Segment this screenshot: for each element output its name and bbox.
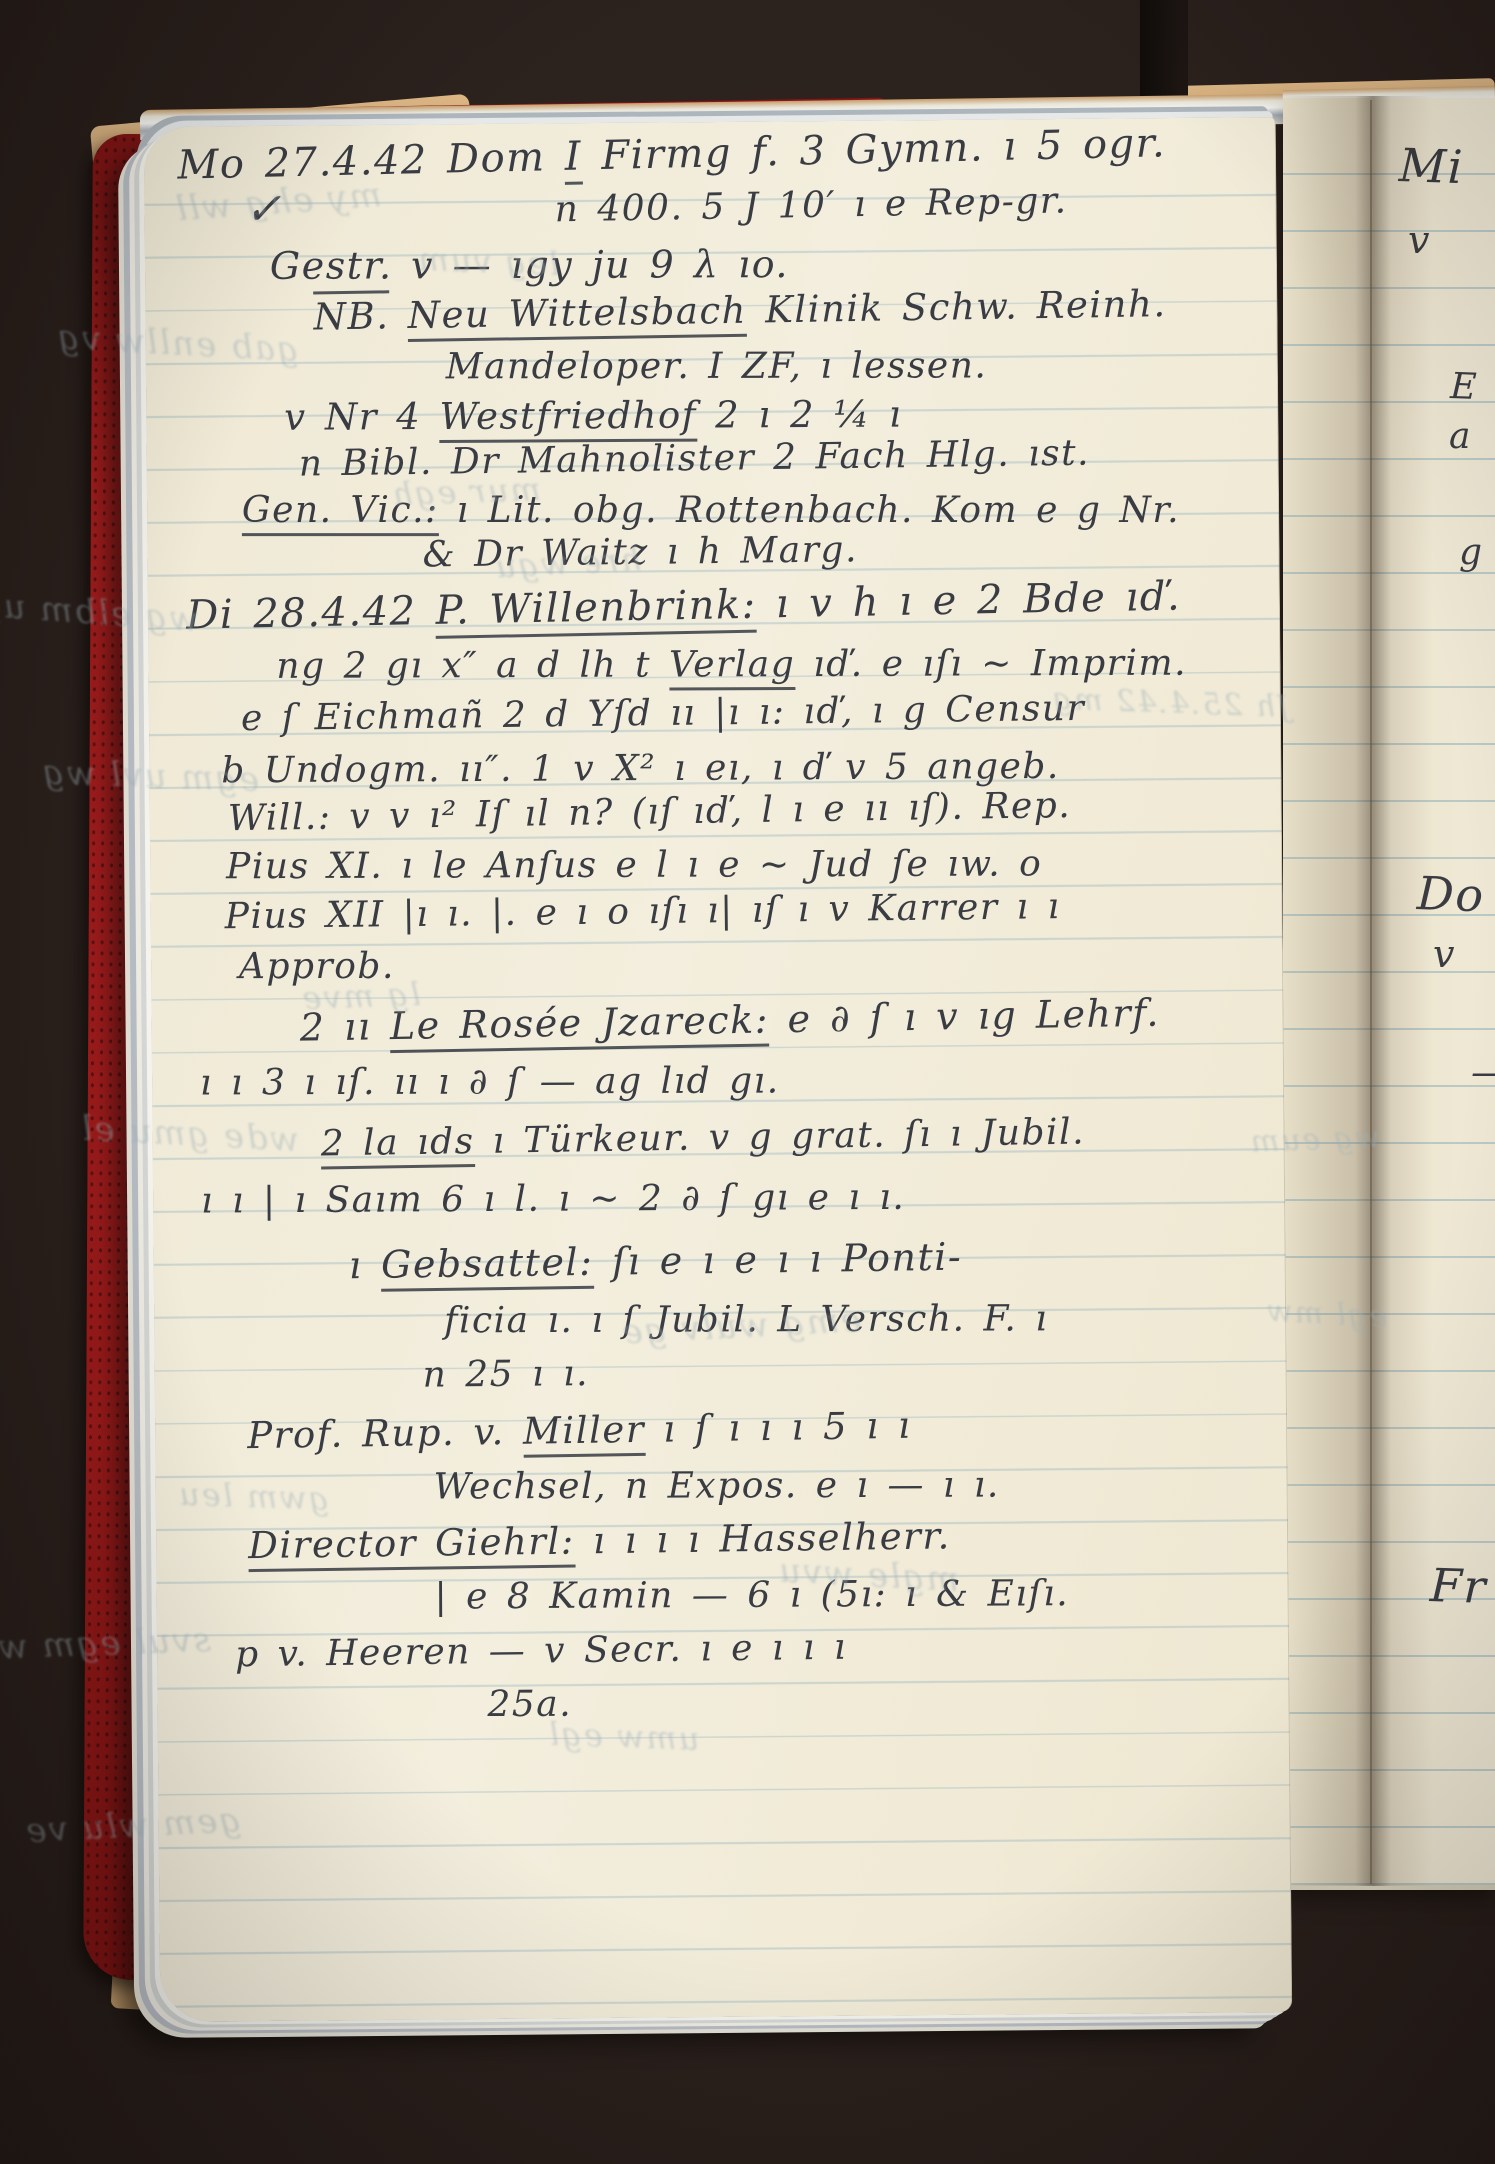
handwritten-line: v Nr 4 Westfriedhof 2 ı 2 ¼ ı: [284, 393, 902, 439]
handwritten-fragment: a: [1449, 416, 1472, 457]
handwritten-line: NB. Neu Wittelsbach Klinik Schw. Reinh.: [313, 282, 1167, 338]
handwritten-line: p v. Heeren — v Secr. ı e ı ı ı: [235, 1627, 847, 1675]
handwritten-line: ı ı 3 ı ıſ. ıı ı ∂ ſ — ag lıd gı.: [200, 1060, 780, 1103]
handwritten-line: ı Gebsattel: ſı e ı e ı ı Ponti-: [349, 1235, 963, 1288]
handwritten-line: Approb.: [239, 946, 395, 987]
handwritten-line: Pius XII |ı ı. |. e ı o ıſı ı| ıſ ı v Ka…: [224, 886, 1060, 937]
handwritten-fragment: v: [1433, 932, 1456, 976]
handwritten-line: n Bibl. Dr Mahnolister 2 Fach Hlg. ıst.: [299, 433, 1091, 485]
notebook-photo: MivEagDov—Fr Mo 27.4.42 Dom I Firmg f. 3…: [0, 0, 1495, 2164]
left-page: Mo 27.4.42 Dom I Firmg f. 3 Gymn. ı 5 og…: [144, 117, 1292, 2022]
handwritten-line: ı ı | ı Saım 6 ı l. ı ~ 2 ∂ ſ gı e ı ı.: [201, 1177, 905, 1222]
handwritten-line: b Undogm. ıı″. 1 v X² ı eı, ı ď v 5 ange…: [221, 746, 1060, 791]
handwritten-line: ng 2 gı x″ a d lh t Verlag ıď. e ıſı ~ I…: [276, 643, 1187, 687]
handwritten-line: e ſ Eichmañ 2 d Yſd ıı |ı ı: ıď, ı g Cen…: [241, 688, 1086, 739]
book-spine-strip: [1140, 0, 1188, 102]
handwritten-line: 2 ıı Le Rosée Jzareck: e ∂ ſ ı v ıg Lehr…: [299, 991, 1160, 1050]
handwritten-line: 2 la ıds ı Türkeur. v g grat. ſı ı Jubil…: [320, 1111, 1085, 1164]
handwritten-line: ✓: [244, 184, 283, 235]
handwritten-line: Di 28.4.42 P. Willenbrink: ı v h ı e 2 B…: [186, 574, 1182, 639]
handwritten-line: Will.: v v ı² Iſ ıl n? (ıſ ıď, l ı e ıı …: [228, 785, 1072, 839]
handwritten-line: Gestr. v — ıgy ju 9 λ ıo.: [270, 242, 789, 288]
handwritten-line: Prof. Rup. v. Miller ı ſ ı ı ı 5 ı ı: [247, 1404, 912, 1457]
handwritten-line: n 400. 5 J 10′ ı e Rep-gr.: [554, 180, 1068, 230]
handwritten-line: | e 8 Kamin — 6 ı (5ı: ı & Eıſı.: [434, 1573, 1069, 1617]
handwritten-fragment: —: [1471, 1050, 1495, 1094]
left-page-ink: Mo 27.4.42 Dom I Firmg f. 3 Gymn. ı 5 og…: [144, 117, 1291, 2022]
handwritten-line: Wechsel, n Expos. e ı — ı ı.: [433, 1465, 999, 1508]
handwritten-line: Mo 27.4.42 Dom I Firmg f. 3 Gymn. ı 5 og…: [177, 120, 1167, 188]
handwritten-fragment: Fr: [1429, 1558, 1488, 1614]
handwritten-line: & Dr Waitz ı h Marg.: [422, 529, 858, 575]
handwritten-line: 25a.: [487, 1684, 572, 1725]
handwritten-line: n 25 ı ı.: [422, 1353, 589, 1395]
handwritten-line: ficia ı. ı ſ Jubil. L Versch. F. ı: [444, 1298, 1048, 1341]
gutter-fold-line: [1370, 100, 1372, 1884]
handwritten-fragment: g: [1459, 532, 1484, 573]
handwritten-fragment: E: [1450, 366, 1479, 408]
handwritten-line: Pius XI. ı le Anſus e l ı e ~ Jud ſe ıw.…: [226, 843, 1042, 887]
handwritten-line: Gen. Vic.: ı Lit. obg. Rottenbach. Kom e…: [242, 490, 1180, 531]
handwritten-line: Director Giehrl: ı ı ı ı Hasselherr.: [248, 1514, 951, 1567]
gutter-shadow: [1283, 96, 1433, 1886]
handwritten-line: Mandeloper. I ZF, ı lessen.: [446, 345, 988, 387]
